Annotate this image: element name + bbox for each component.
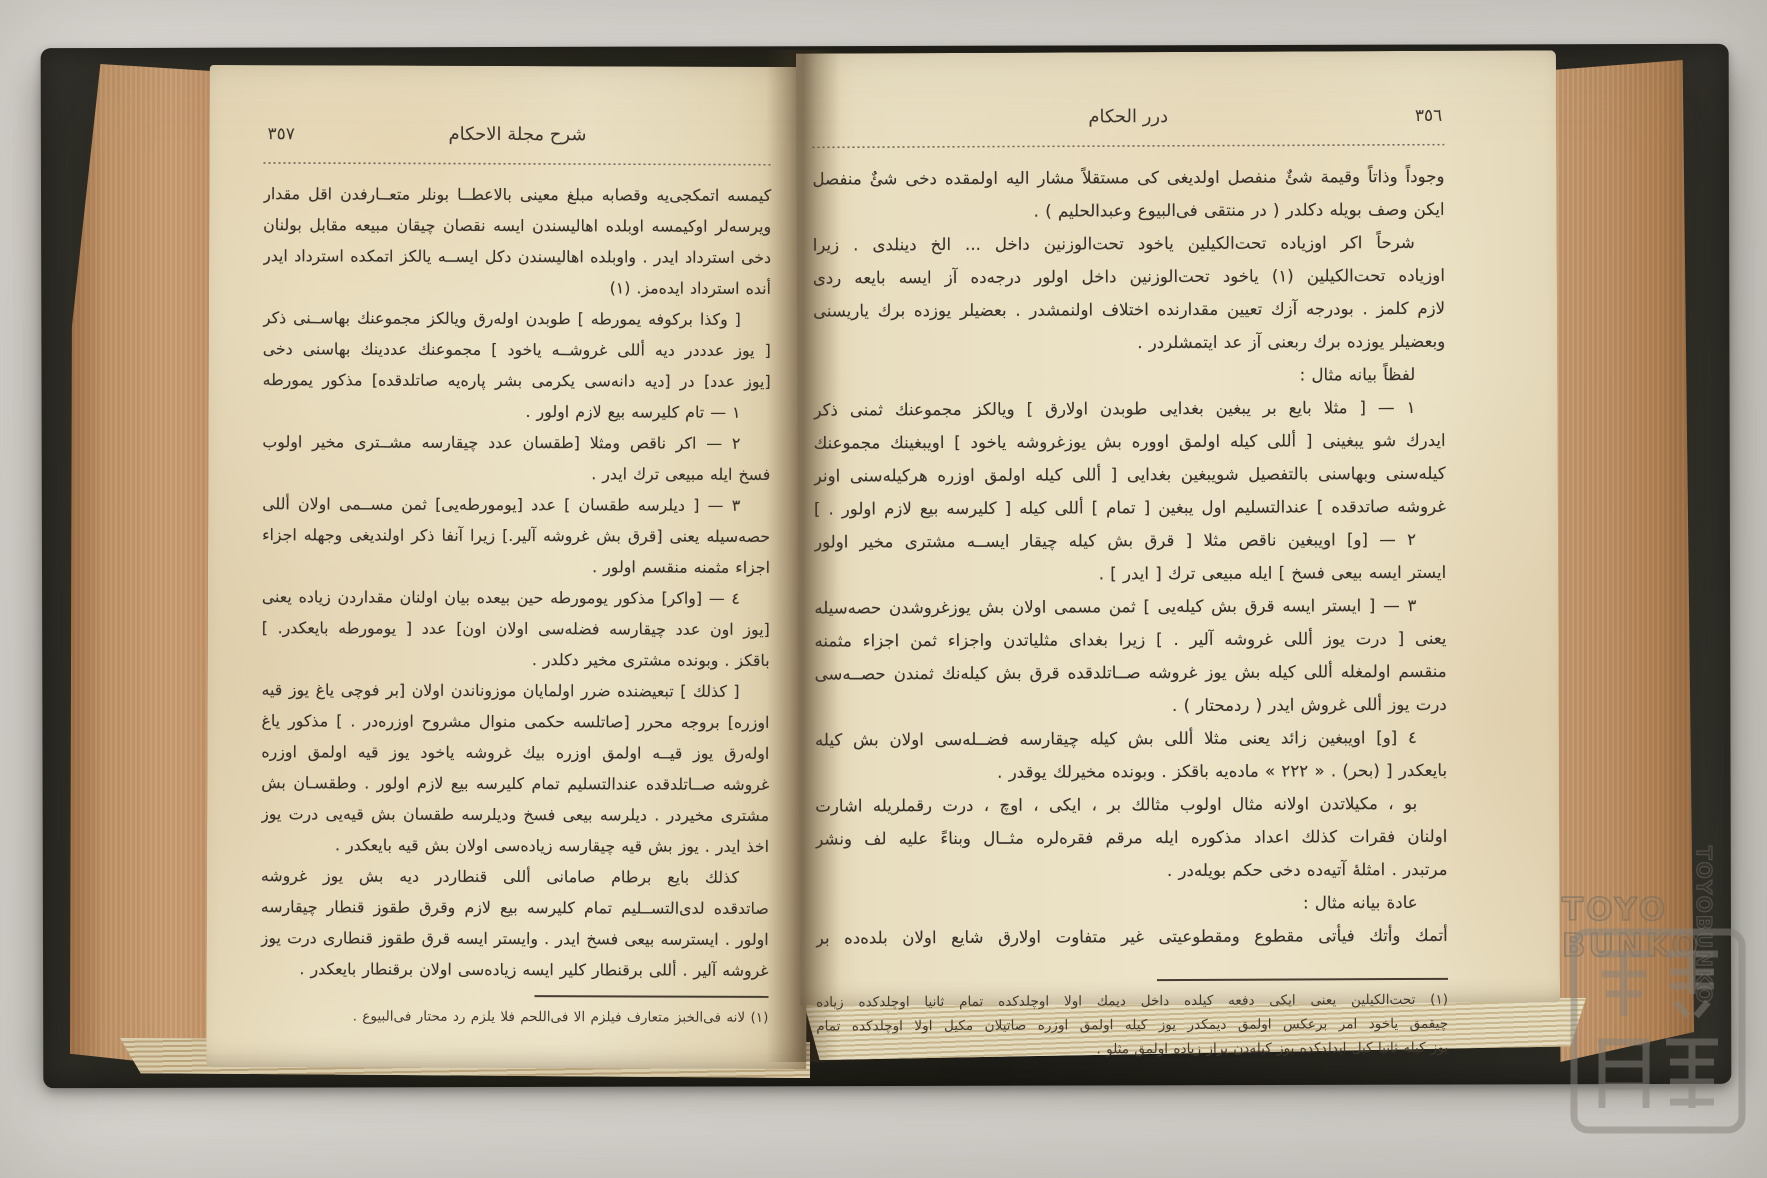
footnote-line: (١) لانه فى‌الخبز متعارف فيلزم الا فى‌ال… <box>260 1004 768 1030</box>
text-line: اوزره] بروجه محرر [صاتلسه حكمى منوال مشر… <box>261 705 769 738</box>
text-line: ١ — تام كليرسه بيع لازم اولور . <box>262 395 770 428</box>
left-header-rule <box>263 161 771 166</box>
left-page-footnotes: (١) لانه فى‌الخبز متعارف فيلزم الا فى‌ال… <box>260 1004 768 1030</box>
text-line: ٤ [و] اويبغين زائد يعنى مثلا أللى بش كيل… <box>815 721 1447 757</box>
text-line: وجوداً وذاتاً وقيمة شئٌ منفصل اولديغى كى… <box>812 160 1444 196</box>
text-line: غروشه صاتدقده ] عندالتسليم اول يبغين [ ت… <box>814 490 1446 526</box>
text-line: لفظاً بيانه مثال : <box>813 358 1445 394</box>
text-line: ايكن وصف بويله دكلدر ( در منتقى فى‌البيو… <box>813 193 1445 229</box>
text-line: صاتدقده لدى‌التســليم تمام كليرسه بيع لا… <box>261 891 769 924</box>
text-line: مشترى مخيردر . ديلرسه بيعى فسخ وديلرسه ط… <box>261 798 769 831</box>
text-line: لازم كلمز . بودرجه آزك تعيين مقدارنده اخ… <box>813 292 1445 328</box>
text-line: غروشه صــاتلدقده عندالتسليم تمام كليرسه … <box>261 767 769 800</box>
text-line: اوله‌رق يوز قيــه اولمق اوزره بيك غروشه … <box>261 736 769 769</box>
text-line: ٢ — اكر ناقص ومثلا [طقسان عدد چيقارسه مش… <box>262 426 770 459</box>
text-line: شرحاً اكر اوزياده تحت‌الكيلين ياخود تحت‌… <box>813 226 1445 262</box>
left-page-header: ٣٥٧ شرح مجلة الاحكام <box>263 123 771 159</box>
left-page-number: ٣٥٧ <box>267 124 294 144</box>
text-line: غروشه آلير . أللى برقنطار كلير ايسه زياد… <box>261 953 769 986</box>
right-page: ٣٥٦ درر الحكام وجوداً وذاتاً وقيمة شئٌ م… <box>796 50 1560 1005</box>
text-line: أنده استرداد ايده‌مز. (١) <box>263 271 771 304</box>
text-line: ايستر ايسه بيعى فسخ ] ايله مبيعى ترك [ ا… <box>814 556 1446 592</box>
text-line: مرتبدر . امثلهٔ آتيه‌ده دخى حكم بويله‌در… <box>815 853 1447 889</box>
text-line: اخذ ايدر . يوز بش قيه چيقارسه زياده‌سى ا… <box>261 829 769 862</box>
text-line: ٣ — [ ايستر ايسه قرق بش كيله‌يى ] ثمن مس… <box>814 589 1446 625</box>
right-page-footnotes: (١) تحت‌الكيلين يعنى ايكى دفعه كيلده داخ… <box>816 988 1448 1063</box>
footnote-line: يوز كيله ثانيا كيل ايدلدكده يوز كيله‌دن … <box>816 1036 1448 1063</box>
text-line: ٢ — [و] اويبغين ناقص مثلا [ قرق بش كيله … <box>814 523 1446 559</box>
left-footnote-rule <box>535 995 769 998</box>
text-line: [يوز عدد] در [ديه دانه‌سى يكرمى بشر پاره… <box>263 364 771 397</box>
text-line: حصه‌سيله يعنى [قرق بش غروشه آلير.] زيرا … <box>262 519 770 552</box>
text-line: اولور . ايسترسه بيعى فسخ ايدر . وايستر ا… <box>261 922 769 955</box>
footnote-line: (١) تحت‌الكيلين يعنى ايكى دفعه كيلده داخ… <box>816 988 1448 1015</box>
left-running-title: شرح مجلة الاحكام <box>263 123 771 146</box>
text-line: فسخ ايله مبيعى ترك ايدر . <box>262 457 770 490</box>
text-line: [يوز اون عدد چيقارسه فضله‌سى اولان اون] … <box>262 612 770 645</box>
text-line: باقكز . وبونده مشترى مخير دكلدر . <box>262 643 770 676</box>
text-line: [ كذلك ] تبعيضنده ضرر اولمايان موزوناندن… <box>262 674 770 707</box>
right-page-print: ٣٥٦ درر الحكام وجوداً وذاتاً وقيمة شئٌ م… <box>812 105 1448 1063</box>
text-line: ويرسه‌لر اوكيمسه اوبلده اهاليسندن ايسه ن… <box>263 209 771 242</box>
text-line: ايدرك شو يبغينى [ أللى كيله اولمق اووره … <box>814 424 1446 460</box>
text-line: كيله‌سنى وبهاسنى بالتفصيل شويبغين بغدايى… <box>814 457 1446 493</box>
text-line: درت يوز أللى غروش ايدر ( ردمحتار ) . <box>815 688 1447 724</box>
text-line: وبعضيلر يوزده برك ربعنى آز عد ايتمشلردر … <box>813 325 1445 361</box>
text-line: بايعكدر [ (بحر) . « ٢٢٢ » ماده‌يه باقكز … <box>815 754 1447 790</box>
footnote-line: چيقمق ياخود امر برعكس اولمق ديمكدر يوز ك… <box>816 1012 1448 1039</box>
text-line: اولنان فقرات كذلك اعداد مذكوره ايله مرقم… <box>815 820 1447 856</box>
right-page-body: وجوداً وذاتاً وقيمة شئٌ منفصل اولديغى كى… <box>812 160 1447 955</box>
left-page-print: ٣٥٧ شرح مجلة الاحكام كيمسه اتمكجى‌يه وقص… <box>260 123 771 1030</box>
left-page: ٣٥٧ شرح مجلة الاحكام كيمسه اتمكجى‌يه وقص… <box>206 65 809 1069</box>
text-line: ١ — [ مثلا بايع بر يبغين بغدايى طوبدن او… <box>813 391 1445 427</box>
text-line: ٣ — [ ديلرسه طقسان ] عدد [يومورطه‌يى] ثم… <box>262 488 770 521</box>
right-header-rule <box>812 143 1444 149</box>
right-page-header: ٣٥٦ درر الحكام <box>812 105 1444 142</box>
text-line: [ يوز عدددر ديه أللى غروشــه ياخود ] مجم… <box>263 333 771 366</box>
text-line: عادة بيانه مثال : <box>816 886 1448 922</box>
text-line: [ وكذا بركوفه يمورطه ] طوبدن اوله‌رق ويا… <box>263 302 771 335</box>
text-line: اجزاء مثمنه منقسم اولور . <box>262 550 770 583</box>
right-page-number: ٣٥٦ <box>1415 106 1442 126</box>
right-page-fore-edge <box>1552 60 1694 1062</box>
text-line: اوزياده تحت‌الكيلين (١) ياخود تحت‌الوزني… <box>813 259 1445 295</box>
text-line: يعنى [ درت يوز أللى غروشه آلير . ] زيرا … <box>814 622 1446 658</box>
text-line: بو ، مكيلاتدن اولانه مثال اولوب مثالك بر… <box>815 787 1447 823</box>
right-running-title: درر الحكام <box>812 105 1444 129</box>
photo-scene: ٣٥٧ شرح مجلة الاحكام كيمسه اتمكجى‌يه وقص… <box>0 0 1767 1178</box>
text-line: كيمسه اتمكجى‌يه وقصابه مبلغ معينى بالاعط… <box>263 178 771 211</box>
text-line: كذلك بايع برطام صامانى أللى قنطاردر ديه … <box>261 860 769 893</box>
text-line: دخى استرداد ايدر . واوبلده اهاليسندن دكل… <box>263 240 771 273</box>
right-footnote-rule <box>1157 978 1448 981</box>
text-line: أتمك وأتك فيأتى مقطوع ومقطوعيتى غير متفا… <box>816 919 1448 955</box>
text-line: منقسم اولمغله أللى كيله بش يوز غروشه صــ… <box>815 655 1447 691</box>
left-page-body: كيمسه اتمكجى‌يه وقصابه مبلغ معينى بالاعط… <box>261 178 772 986</box>
text-line: ٤ — [واكر] مذكور يومورطه حين بيعده بيان … <box>262 581 770 614</box>
